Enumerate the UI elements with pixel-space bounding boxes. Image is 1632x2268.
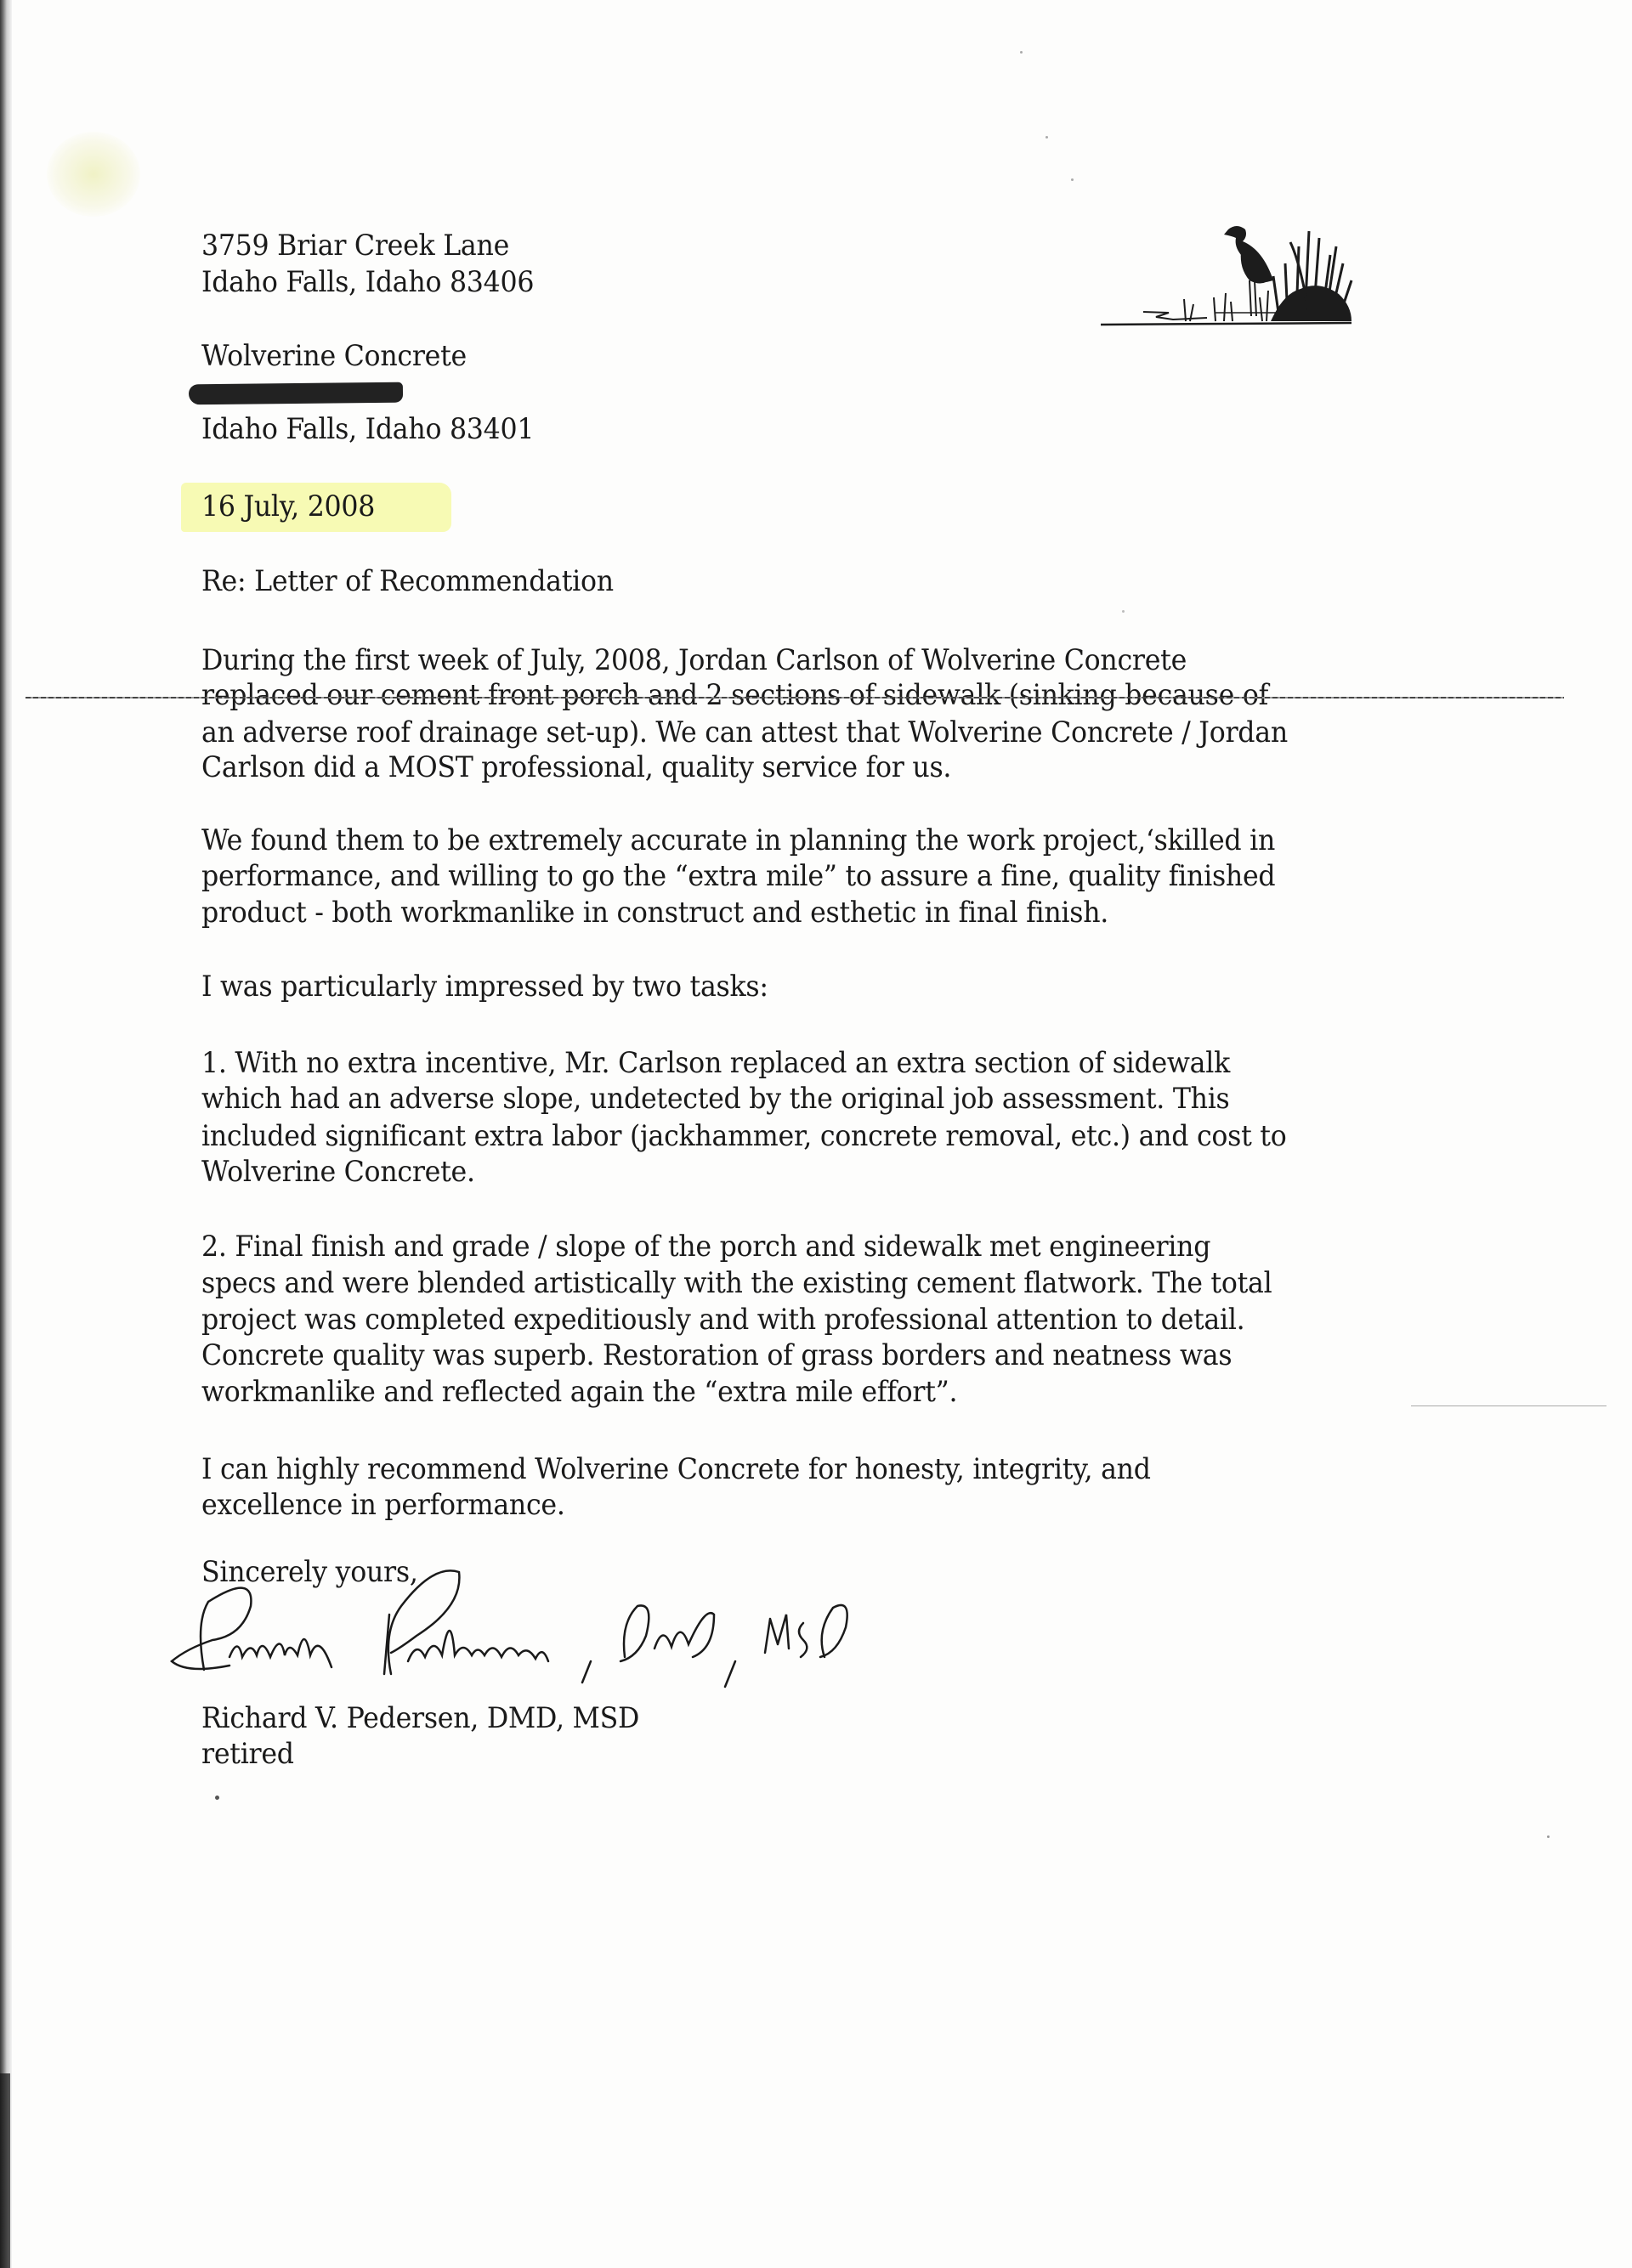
- paragraph-2-line: We found them to be extremely accurate i…: [201, 823, 1275, 858]
- signer-title: retired: [201, 1736, 294, 1772]
- paragraph-1-line: During the first week of July, 2008, Jor…: [201, 642, 1187, 678]
- paragraph-1-line: replaced our cement front porch and 2 se…: [201, 677, 1268, 713]
- sender-city: Idaho Falls, Idaho 83406: [201, 264, 534, 300]
- scan-edge: [0, 0, 12, 2268]
- scan-artifact-line: [1411, 1405, 1606, 1406]
- sender-street: 3759 Briar Creek Lane: [201, 228, 509, 263]
- scan-strike-artifact: [25, 697, 1564, 698]
- scan-speck: [1122, 610, 1125, 613]
- item-1-line: included significant extra labor (jackha…: [201, 1118, 1286, 1154]
- item-2-line: project was completed expeditiously and …: [201, 1302, 1244, 1338]
- signer-name: Richard V. Pedersen, DMD, MSD: [201, 1700, 639, 1736]
- heron-in-reeds-icon: [1096, 212, 1377, 331]
- paper-stain: [47, 132, 140, 217]
- letter-date: 16 July, 2008: [201, 489, 375, 524]
- scan-speck: [1045, 136, 1048, 139]
- paragraph-1-line: an adverse roof drainage set-up). We can…: [201, 715, 1288, 750]
- paragraph-1-line: Carlson did a MOST professional, quality…: [201, 749, 951, 785]
- scan-speck: [1071, 178, 1074, 181]
- scan-edge-shadow: [0, 2073, 10, 2268]
- redacted-street-address: [189, 382, 403, 405]
- item-1-line: which had an adverse slope, undetected b…: [201, 1081, 1230, 1117]
- item-1-line: 1. With no extra incentive, Mr. Carlson …: [201, 1045, 1230, 1081]
- scan-speck: [215, 1796, 219, 1800]
- recipient-city: Idaho Falls, Idaho 83401: [201, 411, 534, 447]
- paragraph-4-line: I can highly recommend Wolverine Concret…: [201, 1451, 1151, 1487]
- handwritten-signature-icon: [161, 1555, 943, 1700]
- scan-speck: [1020, 51, 1023, 54]
- recipient-company: Wolverine Concrete: [201, 338, 467, 374]
- item-2-line: Concrete quality was superb. Restoration…: [201, 1338, 1232, 1373]
- item-2-line: specs and were blended artistically with…: [201, 1265, 1272, 1301]
- scan-speck: [1547, 1835, 1550, 1838]
- item-2-line: workmanlike and reflected again the “ext…: [201, 1374, 957, 1410]
- paragraph-2-line: performance, and willing to go the “extr…: [201, 858, 1275, 894]
- paragraph-4-line: excellence in performance.: [201, 1487, 565, 1523]
- paragraph-3: I was particularly impressed by two task…: [201, 969, 768, 1004]
- item-1-line: Wolverine Concrete.: [201, 1154, 475, 1190]
- paragraph-2-line: product - both workmanlike in construct …: [201, 895, 1108, 930]
- subject-line: Re: Letter of Recommendation: [201, 563, 614, 599]
- item-2-line: 2. Final finish and grade / slope of the…: [201, 1229, 1210, 1264]
